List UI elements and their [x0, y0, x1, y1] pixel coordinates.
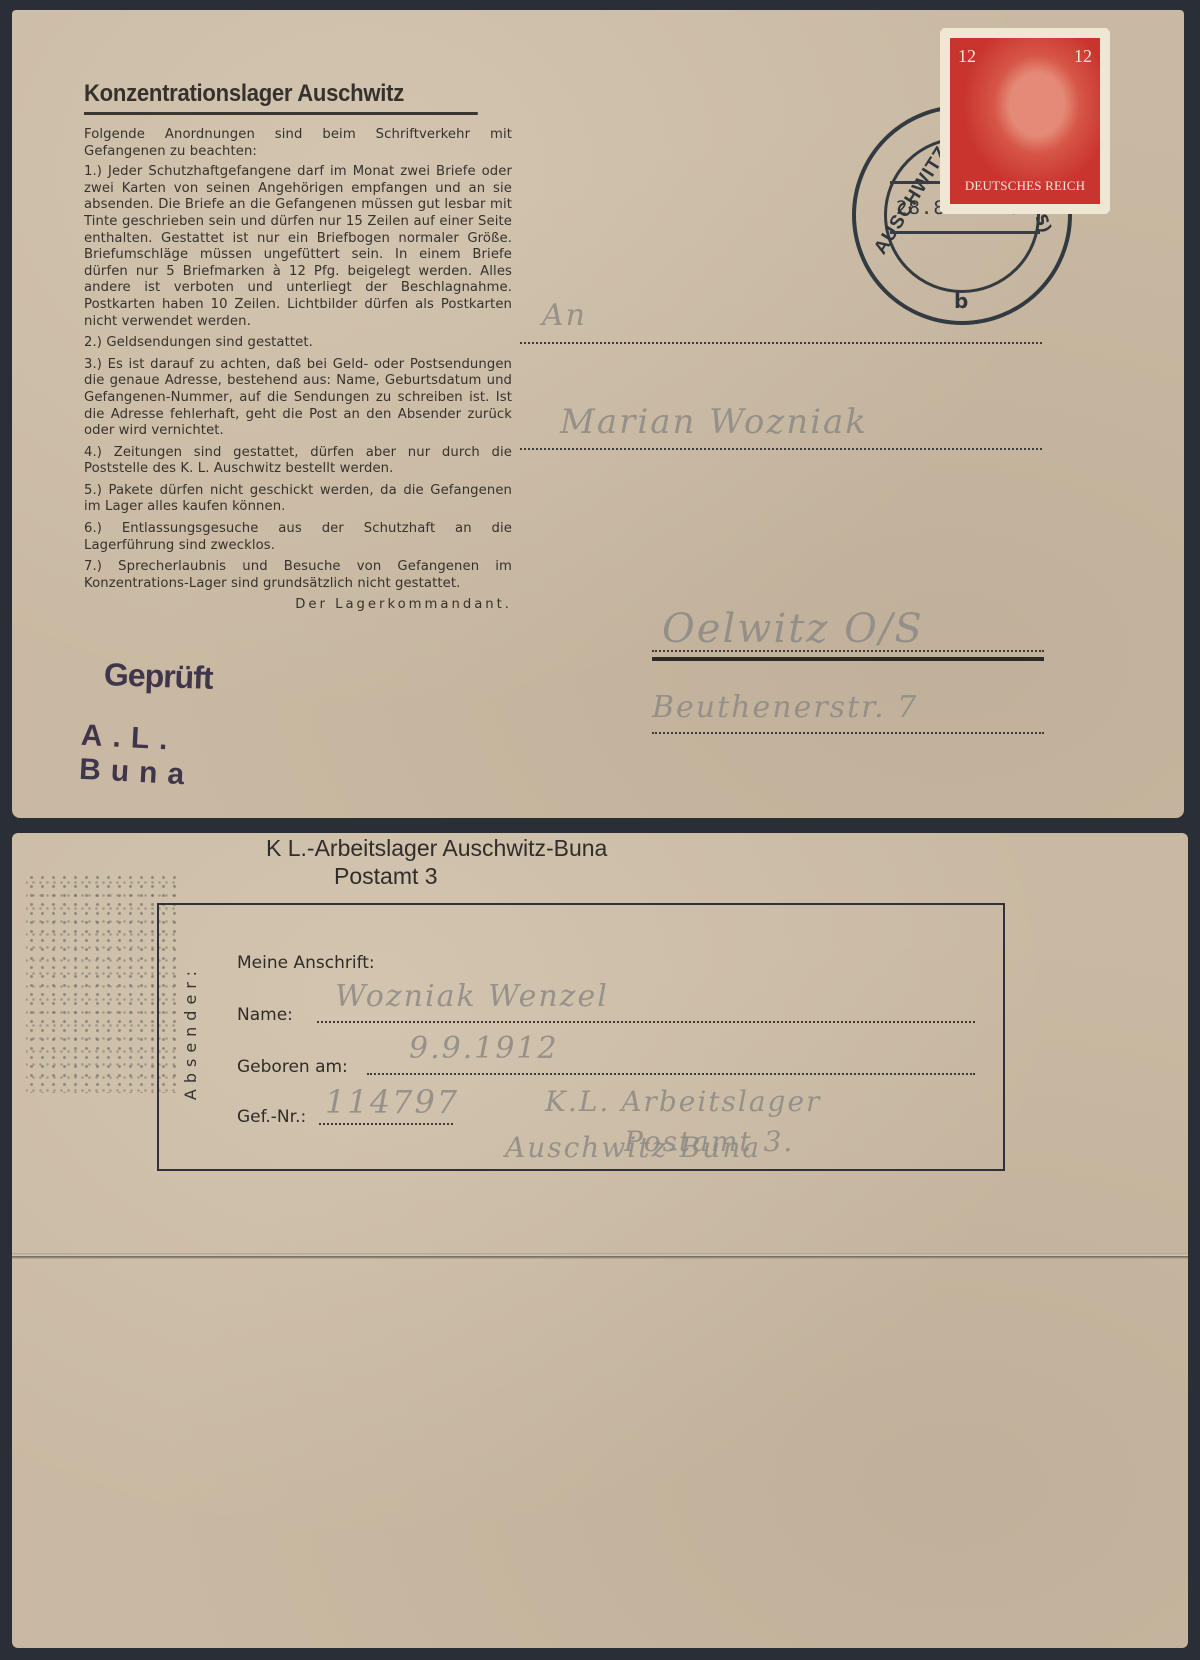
sender-vertical-label: Absender: — [181, 965, 201, 1100]
envelope-back: K L.-Arbeitslager Auschwitz-Buna Postamt… — [12, 833, 1188, 1648]
back-header-line1: K L.-Arbeitslager Auschwitz-Buna — [266, 835, 1200, 862]
regulation-item: 2.) Geldsendungen sind gestattet. — [84, 335, 512, 352]
address-dotted-line — [652, 732, 1044, 734]
postage-value-right: 12 — [1074, 46, 1092, 67]
postage-value-left: 12 — [958, 46, 976, 67]
name-dotted-line — [317, 1021, 975, 1023]
regulation-item: 4.) Zeitungen sind gestattet, dürfen abe… — [84, 445, 512, 478]
name-label: Name: — [237, 1005, 293, 1025]
born-label: Geboren am: — [237, 1057, 348, 1077]
regulation-item: 6.) Entlassungsgesuche aus der Schutzhaf… — [84, 521, 512, 554]
ink-speckle — [26, 873, 176, 1093]
fold-crease — [12, 1253, 1188, 1259]
postage-country: DEUTSCHES REICH — [950, 178, 1100, 194]
camp-line-1: K.L. Arbeitslager — [545, 1085, 821, 1118]
address-line-1: An — [542, 298, 587, 333]
address-line-4: Beuthenerstr. 7 — [652, 690, 918, 725]
address-underline — [652, 657, 1044, 661]
address-dotted-line — [520, 342, 1042, 344]
address-dotted-line — [652, 650, 1044, 652]
postage-stamp: 12 12 DEUTSCHES REICH — [940, 28, 1110, 214]
back-header-line2: Postamt 3 — [334, 863, 1200, 890]
postmark-code: b — [954, 289, 968, 313]
sender-box: Absender: Meine Anschrift: Name: Wozniak… — [157, 903, 1005, 1171]
postmark-bar — [890, 231, 1040, 234]
regulations-block: Konzentrationslager Auschwitz Folgende A… — [84, 80, 512, 612]
camp-line-3: Postamt 3. — [624, 1125, 794, 1158]
address-line-2: Marian Wozniak — [560, 402, 868, 442]
regulations-signoff: Der Lagerkommandant. — [84, 597, 512, 612]
address-dotted-line — [520, 448, 1042, 450]
censor-stamp-line2: A.L. Buna — [78, 719, 281, 797]
regulation-item: 5.) Pakete dürfen nicht geschickt werden… — [84, 483, 512, 516]
postage-stamp-portrait: 12 12 DEUTSCHES REICH — [950, 38, 1100, 204]
born-dotted-line — [367, 1073, 975, 1075]
prisoner-number-label: Gef.-Nr.: — [237, 1107, 306, 1127]
regulation-item: 3.) Es ist darauf zu achten, daß bei Gel… — [84, 357, 512, 440]
regulations-intro: Folgende Anordnungen sind beim Schriftve… — [84, 127, 512, 160]
prisoner-number-dotted-line — [319, 1123, 453, 1125]
regulations-title: Konzentrationslager Auschwitz — [84, 80, 478, 115]
name-value: Wozniak Wenzel — [335, 979, 609, 1014]
prisoner-number-value: 114797 — [325, 1083, 459, 1121]
censor-stamp-line1: Geprüft — [103, 656, 213, 697]
born-value: 9.9.1912 — [409, 1031, 559, 1066]
censor-stamp: Geprüft A.L. Buna — [80, 650, 280, 800]
regulation-item: 1.) Jeder Schutzhaftgefangene darf im Mo… — [84, 164, 512, 330]
sender-heading: Meine Anschrift: — [237, 953, 375, 973]
address-line-3: Oelwitz O/S — [662, 606, 924, 652]
envelope-front: Konzentrationslager Auschwitz Folgende A… — [12, 10, 1184, 818]
regulation-item: 7.) Sprecherlaubnis und Besuche von Gefa… — [84, 559, 512, 592]
